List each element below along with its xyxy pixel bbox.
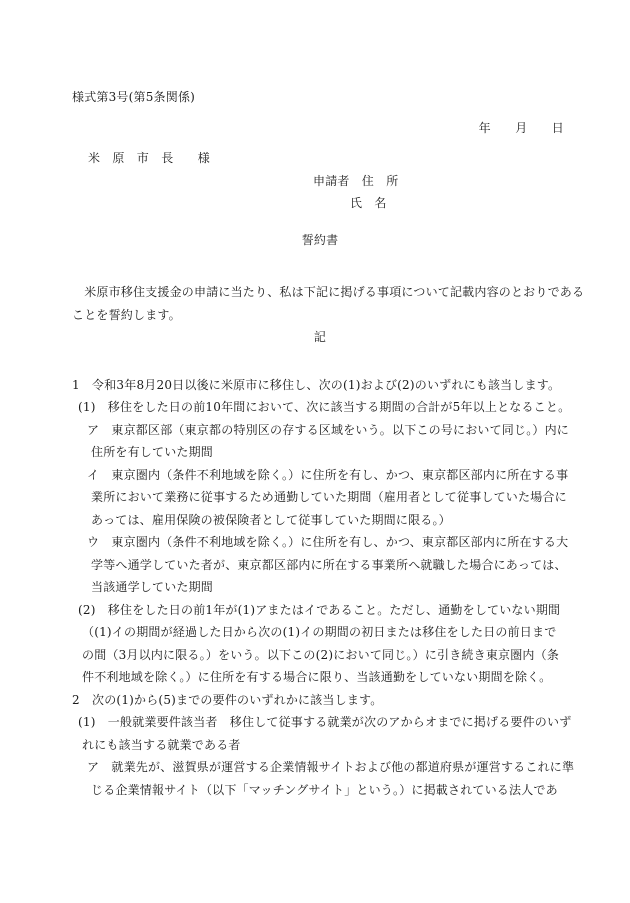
document-line: (2) 移住をした日の前1年が(1)アまたはイであること。ただし、通勤をしていな…	[72, 599, 568, 622]
document-line: （(1)イの期間が経過した日から次の(1)イの期間の初日または移住をした日の前日…	[72, 621, 568, 644]
intro-line: ことを誓約します。	[72, 304, 568, 327]
document-line: 2 次の(1)から(5)までの要件のいずれかに該当します。	[72, 689, 568, 712]
addressee-line: 米 原 市 長 様	[72, 147, 568, 170]
document-line: あっては、雇用保険の被保険者として従事していた期間に限る。）	[72, 509, 568, 532]
document-line: (1) 移住をした日の前10年間において、次に該当する期間の合計が5年以上となる…	[72, 396, 568, 419]
document-line: の間（3月以内に限る。）をいう。以下この(2)において同じ。）に引き続き東京圏内…	[72, 644, 568, 667]
document-line: (1) 一般就業要件該当者 移住して従事する就業が次のアからオまでに掲げる要件の…	[72, 711, 568, 734]
document-line: ア 東京都区部（東京都の特別区の存する区域をいう。以下この号において同じ。）内に	[72, 419, 568, 442]
record-marker: 記	[72, 326, 568, 349]
document-line: 1 令和3年8月20日以後に米原市に移住し、次の(1)および(2)のいずれにも該…	[72, 374, 568, 397]
document-line: 当該通学していた期間	[72, 576, 568, 599]
applicant-address-label: 申請者 住 所	[72, 170, 568, 193]
document-line: 住所を有していた期間	[72, 441, 568, 464]
document-line: 件不利地域を除く。）に住所を有する場合に限り、当該通勤をしていない期間を除く。	[72, 666, 568, 689]
document-line: 業所において業務に従事するため通勤していた期間（雇用者として従事していた場合に	[72, 486, 568, 509]
document-line: 学等へ通学していた者が、東京都区部内に所在する事業所へ就職した場合にあっては、	[72, 554, 568, 577]
intro-paragraph: 米原市移住支援金の申請に当たり、私は下記に掲げる事項について記載内容のとおりであ…	[72, 281, 568, 326]
document-line: ウ 東京圏内（条件不利地域を除く。）に住所を有し、かつ、東京都区部内に所在する大	[72, 531, 568, 554]
document-line: イ 東京圏内（条件不利地域を除く。）に住所を有し、かつ、東京都区部内に所在する事	[72, 464, 568, 487]
form-number: 様式第3号(第5条関係)	[72, 86, 568, 109]
document-line: れにも該当する就業である者	[72, 734, 568, 757]
conditions-list: 1 令和3年8月20日以後に米原市に移住し、次の(1)および(2)のいずれにも該…	[72, 374, 568, 802]
date-line: 年 月 日	[72, 117, 568, 140]
document-title: 誓約書	[72, 229, 568, 252]
document-line: じる企業情報サイト（以下「マッチングサイト」という。）に掲載されている法人であ	[72, 779, 568, 802]
document-page: 様式第3号(第5条関係) 年 月 日 米 原 市 長 様 申請者 住 所 氏 名…	[0, 0, 630, 903]
applicant-name-label: 氏 名	[72, 192, 568, 215]
intro-line: 米原市移住支援金の申請に当たり、私は下記に掲げる事項について記載内容のとおりであ…	[72, 281, 568, 304]
document-line: ア 就業先が、滋賀県が運営する企業情報サイトおよび他の都道府県が運営するこれに準	[72, 756, 568, 779]
